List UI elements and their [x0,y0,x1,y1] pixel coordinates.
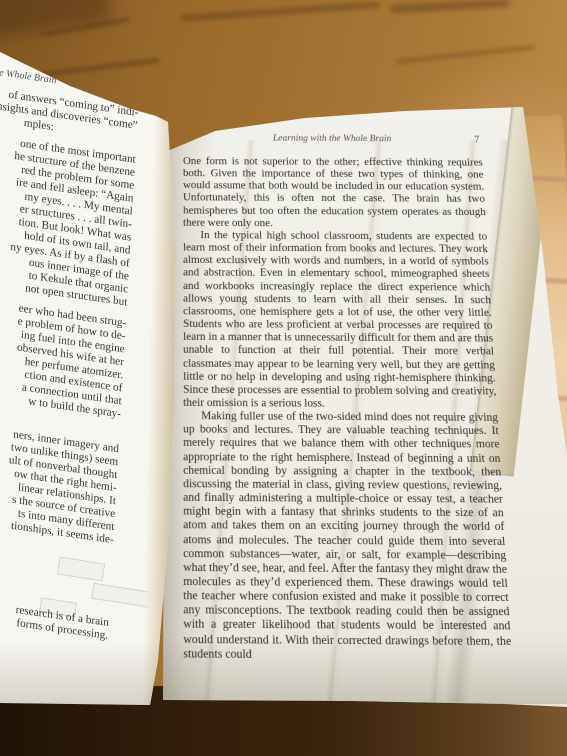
running-header: Learning with the Whole Brain 7 [183,133,482,148]
page-number: 7 [474,135,480,146]
body-paragraph: In the typical high school classroom, st… [183,229,497,411]
body-paragraph: Making fuller use of the two-sided mind … [183,409,512,663]
wood-grain-streak [390,0,510,13]
page-bottom-shadow [0,640,170,706]
running-header-title: Learning with the Whole Brain [273,134,392,145]
left-page-text-block: e Whole Brain of answers “coming to” ind… [0,40,140,643]
right-page-text-block: Learning with the Whole Brain 7 One form… [183,133,513,663]
wood-grain-streak [180,1,380,22]
body-text: One form is not superior to the other; e… [183,155,512,663]
left-page-paragraph-fragment: ners, inner imagery andtwo unlike things… [0,397,119,547]
body-paragraph: One form is not superior to the other; e… [183,155,487,230]
open-book-photo: Learning with the Whole Brain 7 One form… [0,0,567,756]
